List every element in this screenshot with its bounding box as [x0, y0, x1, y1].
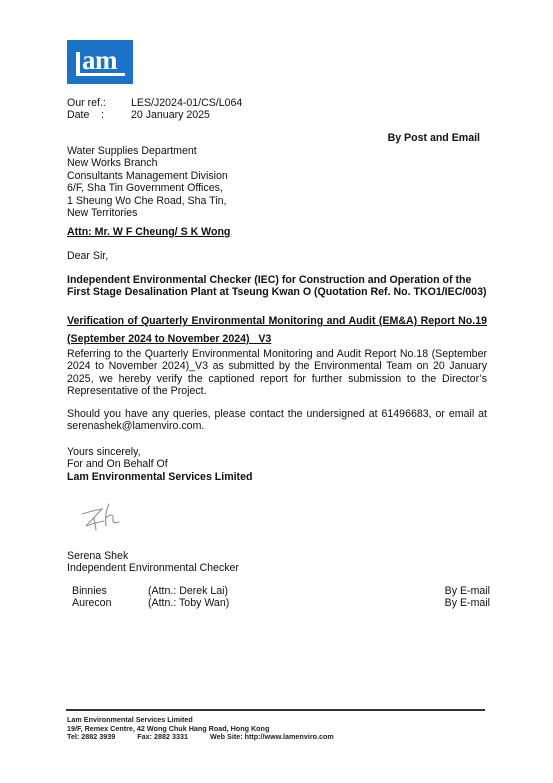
cc-method: By E-mail — [445, 585, 490, 597]
signature-icon — [78, 500, 138, 538]
date-label: Date — [67, 109, 101, 121]
date-value: 20 January 2025 — [131, 109, 210, 121]
cc-list: Binnies (Attn.: Derek Lai) By E-mail Aur… — [72, 585, 490, 610]
company-logo: am — [67, 40, 133, 84]
cc-attention: (Attn.: Derek Lai) — [148, 585, 445, 597]
footer: Lam Environmental Services Limited 19/F,… — [67, 716, 354, 742]
attention-line: Attn: Mr. W F Cheung/ S K Wong — [67, 226, 230, 238]
verification-heading-line-1: Verification of Quarterly Environmental … — [67, 315, 487, 333]
footer-divider — [66, 709, 485, 711]
signer-title: Independent Environmental Checker — [67, 562, 239, 574]
cc-row: Aurecon (Attn.: Toby Wan) By E-mail — [72, 597, 490, 609]
our-ref-label: Our ref.: — [67, 97, 113, 109]
body-paragraph-2: Should you have any queries, please cont… — [67, 408, 487, 433]
date-row: Date : 20 January 2025 — [67, 109, 242, 121]
signer-name: Serena Shek — [67, 550, 239, 562]
address-line: Consultants Management Division — [67, 170, 228, 182]
cc-company: Aurecon — [72, 597, 148, 609]
cc-attention: (Attn.: Toby Wan) — [148, 597, 445, 609]
address-line: 6/F, Sha Tin Government Offices, — [67, 182, 228, 194]
our-ref-value: LES/J2024-01/CS/L064 — [131, 97, 242, 109]
subject-heading: Independent Environmental Checker (IEC) … — [67, 274, 487, 299]
footer-fax: Fax: 2882 3331 — [137, 732, 188, 741]
cc-method: By E-mail — [445, 597, 490, 609]
reference-block: Our ref.: LES/J2024-01/CS/L064 Date : 20… — [67, 97, 242, 122]
verification-heading-line-2: (September 2024 to November 2024)_ V3 — [67, 333, 487, 345]
closing-company: Lam Environmental Services Limited — [67, 471, 252, 483]
address-line: Water Supplies Department — [67, 145, 228, 157]
closing-block: Yours sincerely, For and On Behalf Of La… — [67, 446, 252, 483]
footer-web[interactable]: Web Site: http://www.lamenviro.com — [210, 732, 334, 741]
address-line: 1 Sheung Wo Che Road, Sha Tin, — [67, 195, 228, 207]
address-line: New Works Branch — [67, 157, 228, 169]
our-ref-row: Our ref.: LES/J2024-01/CS/L064 — [67, 97, 242, 109]
cc-company: Binnies — [72, 585, 148, 597]
date-colon: : — [101, 109, 131, 121]
subject-line-1: Independent Environmental Checker (IEC) … — [67, 274, 487, 286]
on-behalf-of: For and On Behalf Of — [67, 458, 252, 470]
signature-image — [78, 500, 138, 538]
salutation: Dear Sir, — [67, 250, 108, 262]
address-line: New Territories — [67, 207, 228, 219]
signer-block: Serena Shek Independent Environmental Ch… — [67, 550, 239, 575]
logo-text: am — [82, 46, 117, 74]
cc-row: Binnies (Attn.: Derek Lai) By E-mail — [72, 585, 490, 597]
footer-contact: Tel: 2882 3939 Fax: 2882 3331 Web Site: … — [67, 733, 354, 742]
delivery-method: By Post and Email — [388, 132, 480, 144]
subject-line-2: First Stage Desalination Plant at Tseung… — [67, 286, 487, 298]
footer-tel: Tel: 2882 3939 — [67, 732, 115, 741]
body-paragraph-1: Referring to the Quarterly Environmental… — [67, 348, 487, 398]
verification-heading: Verification of Quarterly Environmental … — [67, 315, 487, 345]
valediction: Yours sincerely, — [67, 446, 252, 458]
recipient-address: Water Supplies Department New Works Bran… — [67, 145, 228, 219]
